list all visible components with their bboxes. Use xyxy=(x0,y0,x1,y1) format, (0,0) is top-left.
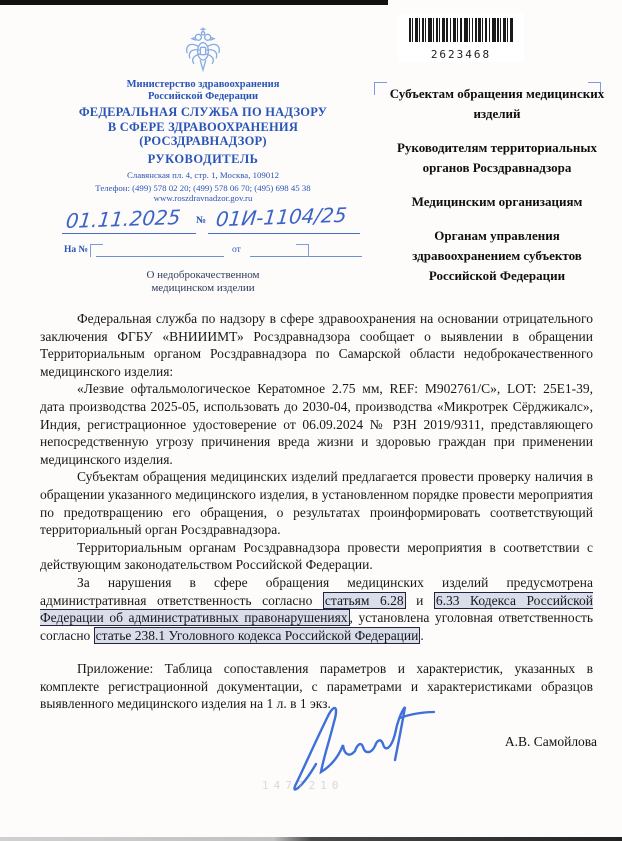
date-underline xyxy=(62,233,196,234)
ministry-name: Министерство здравоохранения Российской … xyxy=(36,79,370,103)
faint-registration-number: 1477210 xyxy=(262,779,343,792)
signer-name: А.В. Самойлова xyxy=(505,734,597,750)
signer-position: РУКОВОДИТЕЛЬ xyxy=(36,152,370,167)
number-sign: № xyxy=(196,215,206,226)
reply-from-label: от xyxy=(232,245,241,255)
website-url: www.roszdravnadzor.gov.ru xyxy=(36,193,370,203)
link-article-6-28[interactable]: статьям 6.28 xyxy=(323,592,406,609)
reply-number-label: На № xyxy=(64,245,88,255)
number-underline xyxy=(208,233,360,234)
service-name: ФЕДЕРАЛЬНАЯ СЛУЖБА ПО НАДЗОРУ В СФЕРЕ ЗД… xyxy=(36,105,370,149)
subject-line1: О недоброкачественном xyxy=(36,269,370,283)
subject-corner-left xyxy=(90,244,103,257)
ministry-line2: Российской Федерации xyxy=(36,91,370,103)
barcode: 2623468 xyxy=(398,14,524,62)
service-line3: (РОСЗДРАВНАДЗОР) xyxy=(36,134,370,149)
subject-corner-right xyxy=(296,244,309,257)
reply-number-blank xyxy=(96,256,224,257)
handwritten-date: 01.11.2025 xyxy=(65,204,182,232)
addressee-item: Руководителям территориальных органов Ро… xyxy=(383,138,611,178)
addressee-item: Медицинским организациям xyxy=(383,192,611,212)
service-line2: В СФЕРЕ ЗДРАВООХРАНЕНИЯ xyxy=(36,120,370,135)
paragraph-intro: Федеральная служба по надзору в сфере зд… xyxy=(40,310,593,380)
document-page: 2623468 Министер xyxy=(0,0,622,841)
reply-reference-row: На № от xyxy=(36,243,370,259)
letter-body: Федеральная служба по надзору в сфере зд… xyxy=(40,310,593,713)
liability-text: . xyxy=(420,628,423,643)
reference-row: 01.11.2025 № 01И-1104/25 xyxy=(36,205,370,239)
addressees-block: Субъектам обращения медицинских изделий … xyxy=(383,84,611,300)
paragraph-device-details: «Лезвие офтальмологическое Кератомное 2.… xyxy=(40,380,593,468)
scan-edge-top xyxy=(0,0,388,5)
russia-coat-of-arms-icon xyxy=(36,26,370,74)
subject-line2: медицинском изделии xyxy=(36,282,370,296)
ministry-line1: Министерство здравоохранения xyxy=(36,79,370,91)
paragraph-instructions-subjects: Субъектам обращения медицинских изделий … xyxy=(40,468,593,538)
barcode-bars xyxy=(409,18,513,42)
addressee-item: Субъектам обращения медицинских изделий xyxy=(383,84,611,124)
postal-address: Славянская пл. 4, стр. 1, Москва, 109012 xyxy=(36,170,370,180)
link-article-238-1-uk[interactable]: статье 238.1 Уголовного кодекса Российск… xyxy=(94,627,421,644)
paragraph-liability: За нарушения в сфере обращения медицинск… xyxy=(40,574,593,644)
scan-edge-bottom xyxy=(0,837,622,841)
addressee-item: Органам управления здравоохранением субъ… xyxy=(383,226,611,286)
service-line1: ФЕДЕРАЛЬНАЯ СЛУЖБА ПО НАДЗОРУ xyxy=(36,105,370,120)
phone-numbers: Телефон: (499) 578 02 20; (499) 578 06 7… xyxy=(36,183,370,193)
letter-subject: О недоброкачественном медицинском издели… xyxy=(36,269,370,296)
barcode-number: 2623468 xyxy=(402,48,520,61)
liability-text: и xyxy=(406,593,434,608)
paragraph-instructions-territorial: Территориальным органам Росздравнадзора … xyxy=(40,539,593,574)
letterhead: Министерство здравоохранения Российской … xyxy=(36,26,370,296)
handwritten-outgoing-number: 01И-1104/25 xyxy=(215,202,348,231)
